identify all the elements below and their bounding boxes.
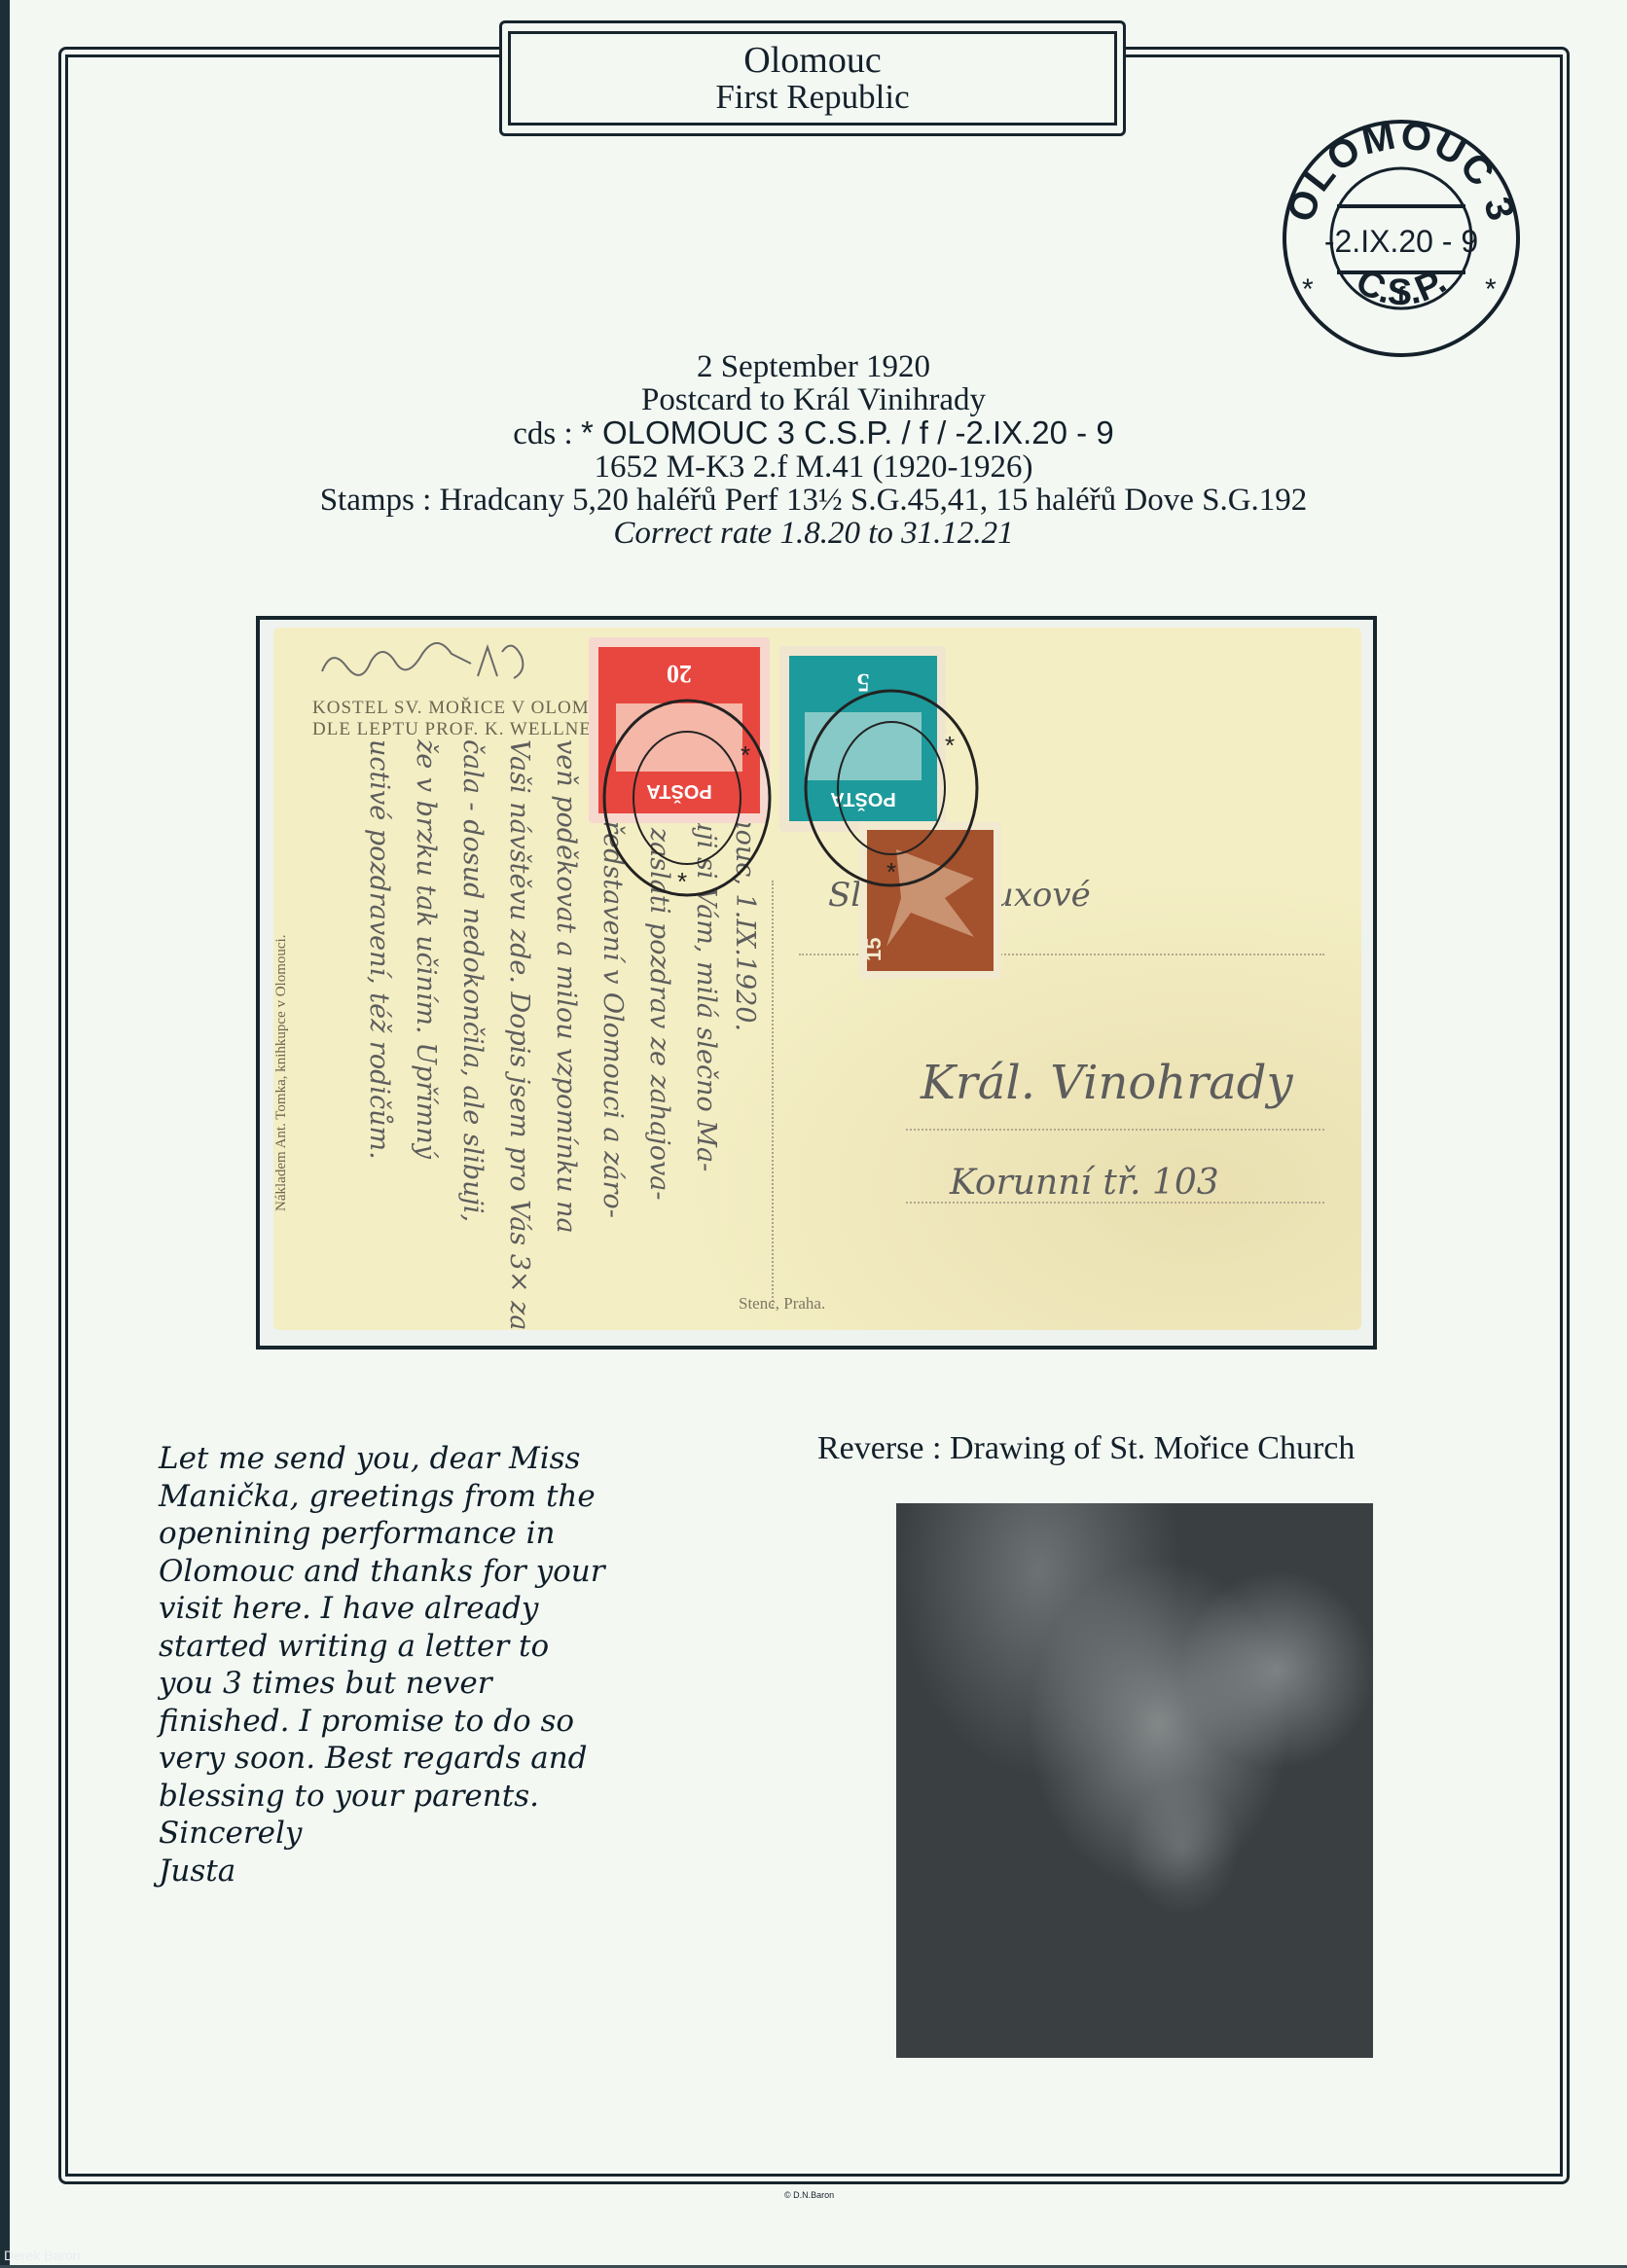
svg-text:*: * xyxy=(741,740,750,770)
cds-line: cds : * OLOMOUC 3 C.S.P. / f / -2.IX.20 … xyxy=(146,416,1481,450)
letter-line: visit here. I have already xyxy=(159,1590,704,1628)
message-line: veň poděkovat a milou vzpomínku na xyxy=(551,739,581,1234)
svg-text:*: * xyxy=(945,731,955,760)
svg-text:20: 20 xyxy=(667,660,692,688)
scan-edge xyxy=(0,0,10,2268)
item-title: Postcard to Král Vinihrady xyxy=(146,383,1481,416)
svg-text:*: * xyxy=(677,867,687,896)
cds-value: * OLOMOUC 3 C.S.P. / f / -2.IX.20 - 9 xyxy=(581,414,1114,450)
letter-line: Let me send you, dear Miss xyxy=(159,1440,704,1478)
page-title-box: Olomouc First Republic xyxy=(499,20,1126,136)
item-date: 2 September 1920 xyxy=(146,350,1481,383)
svg-text:OLOMOUC 3: OLOMOUC 3 xyxy=(1280,114,1524,228)
postcard-mount: KOSTEL SV. MOŘICE V OLOMOUCI. DLE LEPTU … xyxy=(256,616,1377,1350)
svg-text:-2.IX.20 - 9: -2.IX.20 - 9 xyxy=(1324,224,1478,259)
church-drawing-image xyxy=(896,1503,1373,2058)
postcard-printer: Stenc, Praha. xyxy=(739,1294,825,1314)
watermark: Derek Baron xyxy=(4,2248,81,2263)
page-subtitle: First Republic xyxy=(715,79,909,116)
copyright: © D.N.Baron xyxy=(784,2190,834,2200)
letter-line: you 3 times but never xyxy=(159,1665,704,1703)
svg-text:15: 15 xyxy=(861,938,886,961)
rate-line: Correct rate 1.8.20 to 31.12.21 xyxy=(146,517,1481,550)
stamps-line: Stamps : Hradcany 5,20 haléřů Perf 13½ S… xyxy=(146,484,1481,517)
svg-text:C.S.P.: C.S.P. xyxy=(1349,261,1453,313)
letter-line: finished. I promise to do so xyxy=(159,1703,704,1741)
address-street: Korunní tř. 103 xyxy=(950,1163,1219,1203)
address-city: Král. Vinohrady xyxy=(921,1056,1293,1110)
letter-translation: Let me send you, dear MissManička, greet… xyxy=(159,1440,704,1890)
reverse-label: Reverse : Drawing of St. Mořice Church xyxy=(817,1430,1355,1467)
letter-line: Sincerely xyxy=(159,1815,704,1853)
svg-text:*: * xyxy=(1485,273,1497,306)
cancellation-marks: * * * * xyxy=(595,686,1023,910)
item-description: 2 September 1920 Postcard to Král Vinihr… xyxy=(146,350,1481,550)
message-line: že v brzku tak učiním. Upřímný xyxy=(411,739,441,1159)
message-line: čala - dosud nedokončila, ale slibuji, xyxy=(457,739,488,1222)
letter-line: Justa xyxy=(159,1853,704,1890)
page-title: Olomouc xyxy=(743,42,881,79)
postcard-publisher: Nákladem Ant. Tomka, knihkupce v Olomouc… xyxy=(273,935,290,1211)
svg-text:*: * xyxy=(1302,273,1314,306)
letter-line: started writing a letter to xyxy=(159,1628,704,1666)
letter-line: openining performance in xyxy=(159,1515,704,1553)
postcard-divider xyxy=(772,881,774,1309)
message-line: uctivé pozdravení, též rodičům. xyxy=(364,739,394,1160)
postmark-illustration: OLOMOUC 3 -2.IX.20 - 9 f C.S.P. * * xyxy=(1275,112,1528,365)
message-line: Vaši návštěvu zde. Dopis jsem pro Vás 3×… xyxy=(504,739,534,1330)
postcard: KOSTEL SV. MOŘICE V OLOMOUCI. DLE LEPTU … xyxy=(273,628,1361,1330)
letter-line: very soon. Best regards and xyxy=(159,1740,704,1778)
catalogue-line: 1652 M-K3 2.f M.41 (1920-1926) xyxy=(146,450,1481,484)
letter-line: Olomouc and thanks for your xyxy=(159,1553,704,1591)
svg-text:*: * xyxy=(886,857,896,886)
letter-line: Manička, greetings from the xyxy=(159,1478,704,1516)
letter-line: blessing to your parents. xyxy=(159,1778,704,1816)
